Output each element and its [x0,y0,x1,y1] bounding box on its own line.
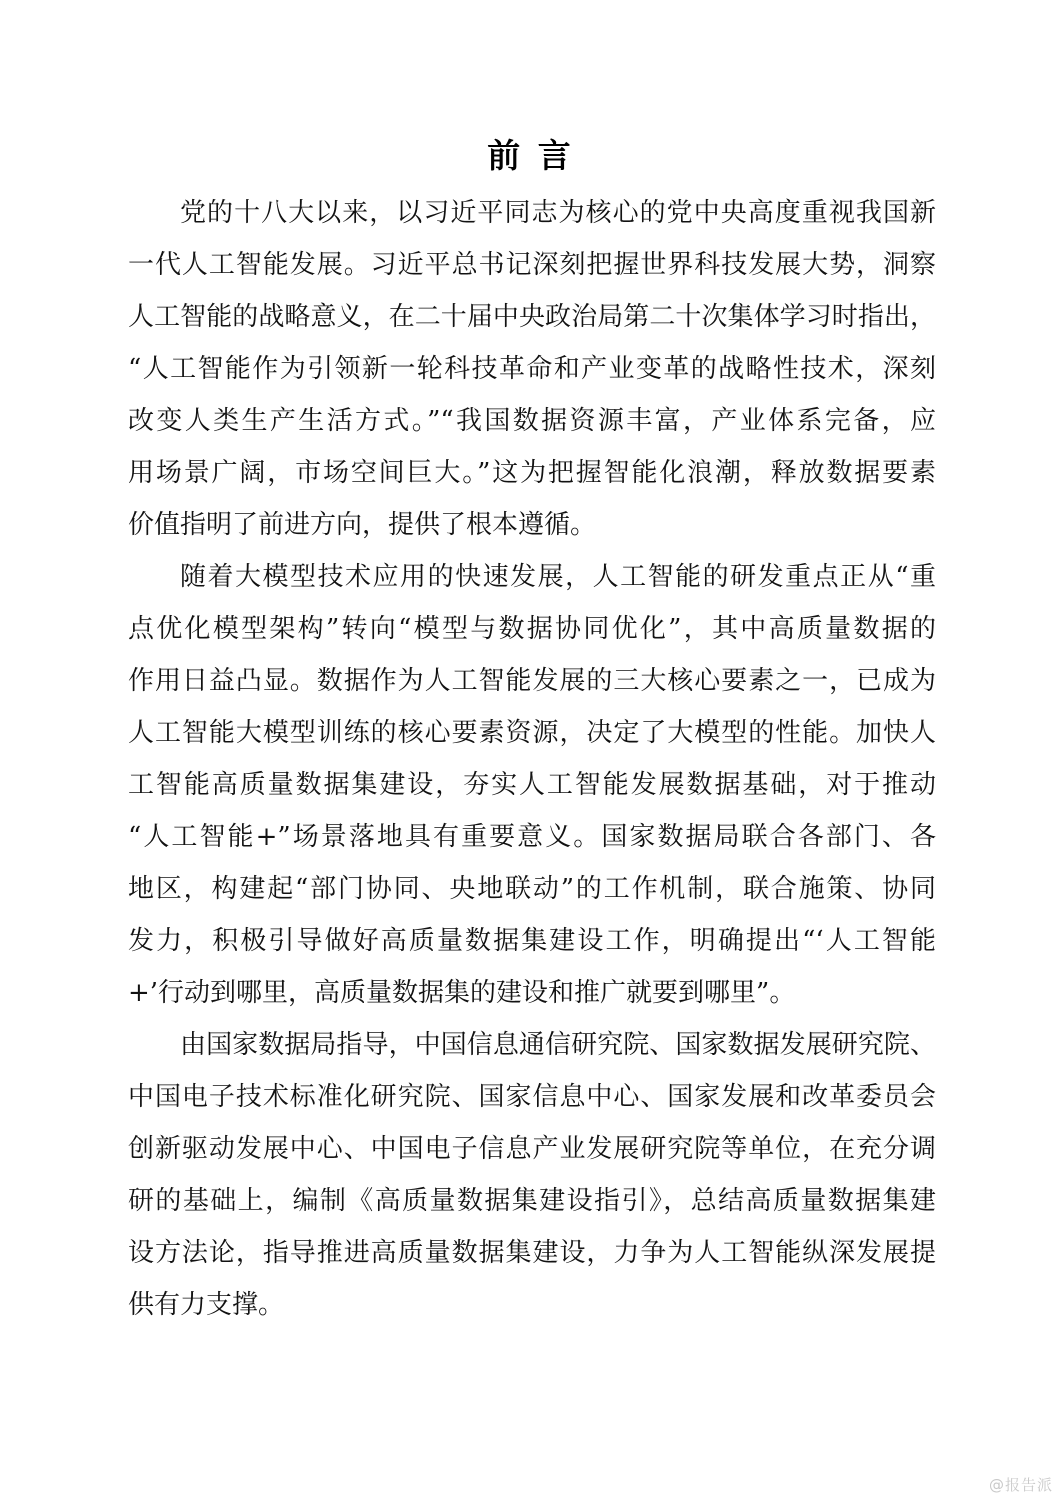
watermark: @报告派 [989,1474,1053,1495]
paragraph-2-line: 发力，积极引导做好高质量数据集建设工作，明确提出“‘人工智能 [128,915,936,967]
paragraph-1-line: 一代人工智能发展。习近平总书记深刻把握世界科技发展大势，洞察 [128,239,936,291]
paragraph-1-line: “人工智能作为引领新一轮科技革命和产业变革的战略性技术，深刻 [128,343,936,395]
paragraph-3-line: 中国电子技术标准化研究院、国家信息中心、国家发展和改革委员会 [128,1071,936,1123]
paragraph-2-line: 地区，构建起“部门协同、央地联动”的工作机制，联合施策、协同 [128,863,936,915]
paragraph-1-line: 用场景广阔，市场空间巨大。”这为把握智能化浪潮，释放数据要素 [128,447,936,499]
paragraph-1-line: 党的十八大以来，以习近平同志为核心的党中央高度重视我国新 [128,187,936,239]
document-page: 前 言 党的十八大以来，以习近平同志为核心的党中央高度重视我国新一代人工智能发展… [0,0,1061,1500]
paragraph-1-line: 改变人类生产生活方式。”“我国数据资源丰富，产业体系完备，应 [128,395,936,447]
paragraph-3-line: 研的基础上，编制《高质量数据集建设指引》，总结高质量数据集建 [128,1175,936,1227]
paragraph-3-line: 创新驱动发展中心、中国电子信息产业发展研究院等单位，在充分调 [128,1123,936,1175]
paragraph-2-line: 随着大模型技术应用的快速发展，人工智能的研发重点正从“重 [128,551,936,603]
paragraph-2-line: “人工智能+”场景落地具有重要意义。国家数据局联合各部门、各 [128,811,936,863]
paragraph-3-line: 供有力支撑。 [128,1279,936,1331]
paragraph-2-line: 工智能高质量数据集建设，夯实人工智能发展数据基础，对于推动 [128,759,936,811]
paragraph-2-line: +’行动到哪里，高质量数据集的建设和推广就要到哪里”。 [128,967,936,1019]
document-body: 党的十八大以来，以习近平同志为核心的党中央高度重视我国新一代人工智能发展。习近平… [128,187,936,1331]
page-title: 前 言 [0,136,1061,176]
paragraph-3-line: 设方法论，指导推进高质量数据集建设，力争为人工智能纵深发展提 [128,1227,936,1279]
paragraph-2-line: 人工智能大模型训练的核心要素资源，决定了大模型的性能。加快人 [128,707,936,759]
paragraph-3-line: 由国家数据局指导，中国信息通信研究院、国家数据发展研究院、 [128,1019,936,1071]
paragraph-2-line: 作用日益凸显。数据作为人工智能发展的三大核心要素之一，已成为 [128,655,936,707]
paragraph-2-line: 点优化模型架构”转向“模型与数据协同优化”，其中高质量数据的 [128,603,936,655]
paragraph-1-line: 人工智能的战略意义，在二十届中央政治局第二十次集体学习时指出， [128,291,936,343]
paragraph-1-line: 价值指明了前进方向，提供了根本遵循。 [128,499,936,551]
